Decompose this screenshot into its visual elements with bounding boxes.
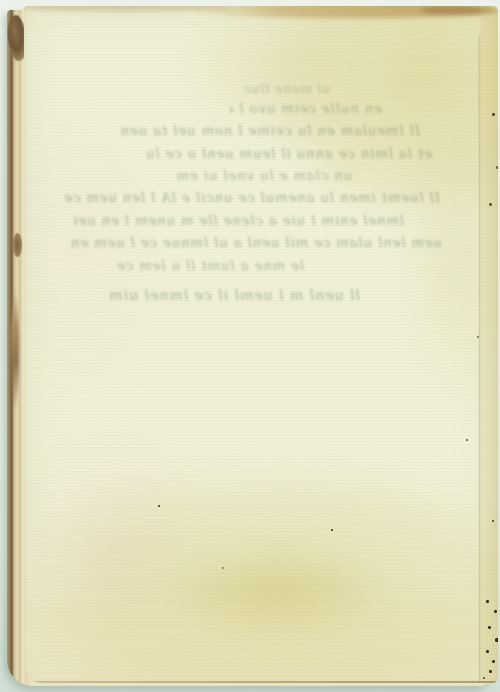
stain-yellow-bottom-dark xyxy=(162,546,387,641)
stain-pink-bottom-left xyxy=(24,424,217,683)
stain-yellow-bottom xyxy=(24,474,498,683)
manuscript-page-verso: ul mone lluc enen nulle ceim uvo l enIl … xyxy=(24,6,498,683)
foxing-speck xyxy=(492,113,495,116)
scanned-book-photo: ul mone lluc enen nulle ceim uvo l enIl … xyxy=(0,0,500,692)
foxing-speck xyxy=(488,626,491,629)
bleed-through-line: et la lmin ce annu il leum uenl o ce lu xyxy=(142,148,432,161)
bleed-through-line: Il luemt imen lu anemul ce uncil e lA l … xyxy=(38,192,440,205)
foxing-speck xyxy=(477,336,479,338)
bleed-through-line: Il lmeulam en lu ceime l nom uel ta uen … xyxy=(118,125,420,138)
bleed-through-line: ul mone lluc en xyxy=(238,83,330,95)
foxing-speck xyxy=(496,166,498,169)
stain-warm-bottom-band xyxy=(24,604,498,683)
right-edge-crease xyxy=(479,36,480,683)
stain-right-edge-strip xyxy=(480,6,498,683)
foxing-speck xyxy=(492,520,494,522)
bleed-through-line: le mne a lumt ll u lem ce xyxy=(68,260,304,273)
foxing-speck xyxy=(486,650,489,653)
bleed-through-line: un clam e lu vnel ui em xyxy=(146,170,352,183)
bleed-through-line: lmnel enim l uie a clene lle m unem l en… xyxy=(52,215,404,228)
foxing-speck xyxy=(492,660,495,663)
stain-brown-top-edge xyxy=(189,6,498,18)
foxing-speck xyxy=(495,638,498,642)
bleed-through-line: en nulle ceim uvo l en xyxy=(230,103,382,116)
stain-brown-top-edge-left xyxy=(24,6,230,12)
foxing-speck xyxy=(489,670,492,673)
bleed-through-line: ll uenl m l ueml il ce lmnel uim xyxy=(88,289,360,303)
fore-edge-notch xyxy=(13,233,22,257)
foxing-speck xyxy=(222,567,224,569)
foxing-speck xyxy=(489,203,492,206)
foxing-speck xyxy=(483,677,485,679)
foxing-speck xyxy=(486,600,489,603)
foxing-speck xyxy=(331,529,333,531)
stain-brown-top-spot xyxy=(422,6,494,15)
foxing-speck xyxy=(466,439,468,441)
bottom-edge-shadow xyxy=(24,681,498,683)
foxing-speck xyxy=(494,610,497,613)
fore-edge-scuff xyxy=(11,290,19,410)
stain-pink-left xyxy=(24,114,151,399)
bleed-through-line: uem lenl ulam ce mil uenl a ul lmnue ce … xyxy=(52,237,442,250)
foxing-speck xyxy=(158,505,160,507)
